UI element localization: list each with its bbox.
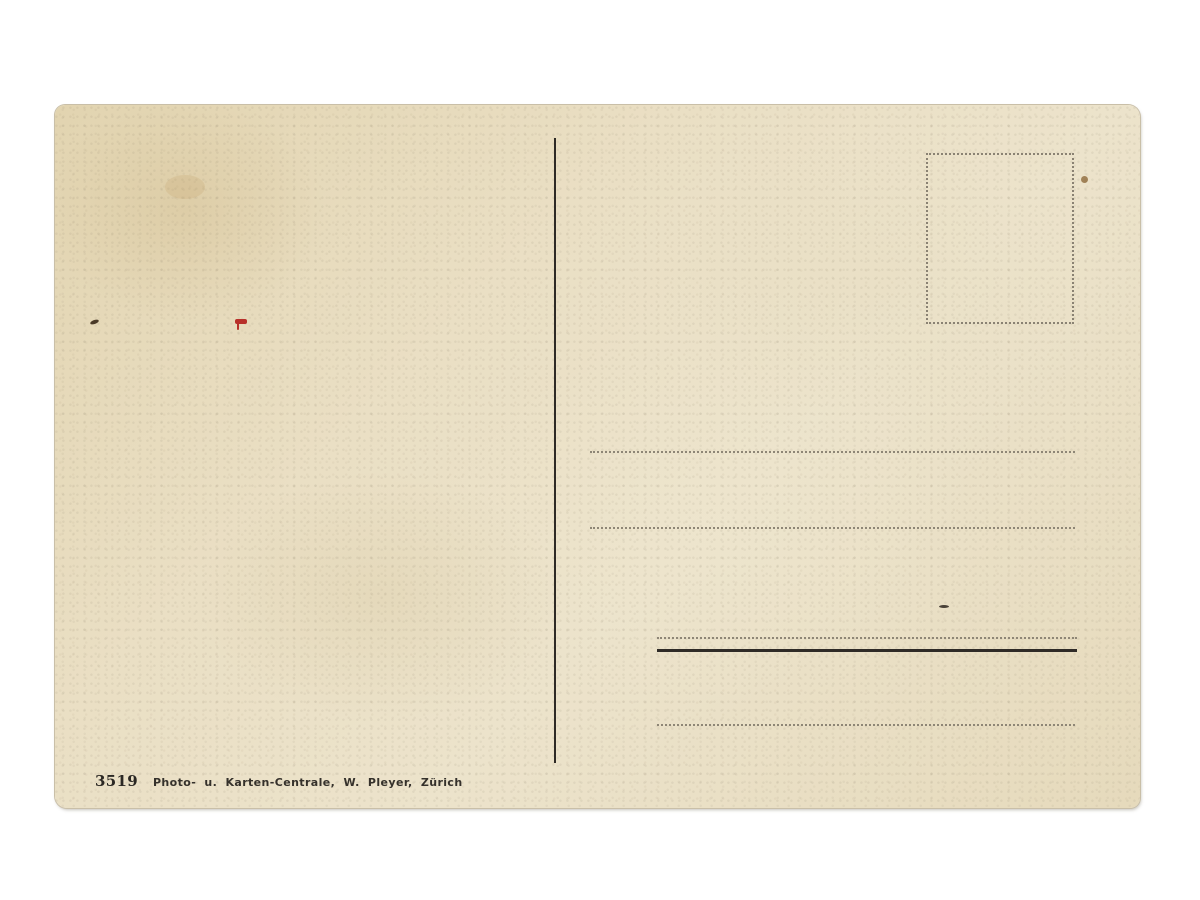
ink-mark-red-tail (237, 321, 239, 330)
address-line-2 (590, 527, 1075, 529)
ink-mark-dark (90, 319, 100, 326)
foxing-patch (165, 175, 205, 199)
image-canvas: 3519 Photo- u. Karten-Centrale, W. Pleye… (0, 0, 1200, 900)
address-line-1 (590, 451, 1075, 453)
postcard-back: 3519 Photo- u. Karten-Centrale, W. Pleye… (55, 105, 1140, 808)
ink-mark-small (939, 605, 949, 608)
vertical-divider-line (554, 138, 556, 763)
publisher-name: Photo- u. Karten-Centrale, W. Pleyer, Zü… (153, 776, 463, 789)
foxing-spot (1081, 176, 1088, 183)
stamp-placement-box (926, 153, 1074, 324)
card-number: 3519 (95, 772, 138, 790)
address-underline-solid (657, 649, 1077, 652)
address-line-4 (657, 724, 1075, 726)
publisher-imprint: 3519 Photo- u. Karten-Centrale, W. Pleye… (95, 772, 463, 790)
address-line-3 (657, 637, 1077, 639)
